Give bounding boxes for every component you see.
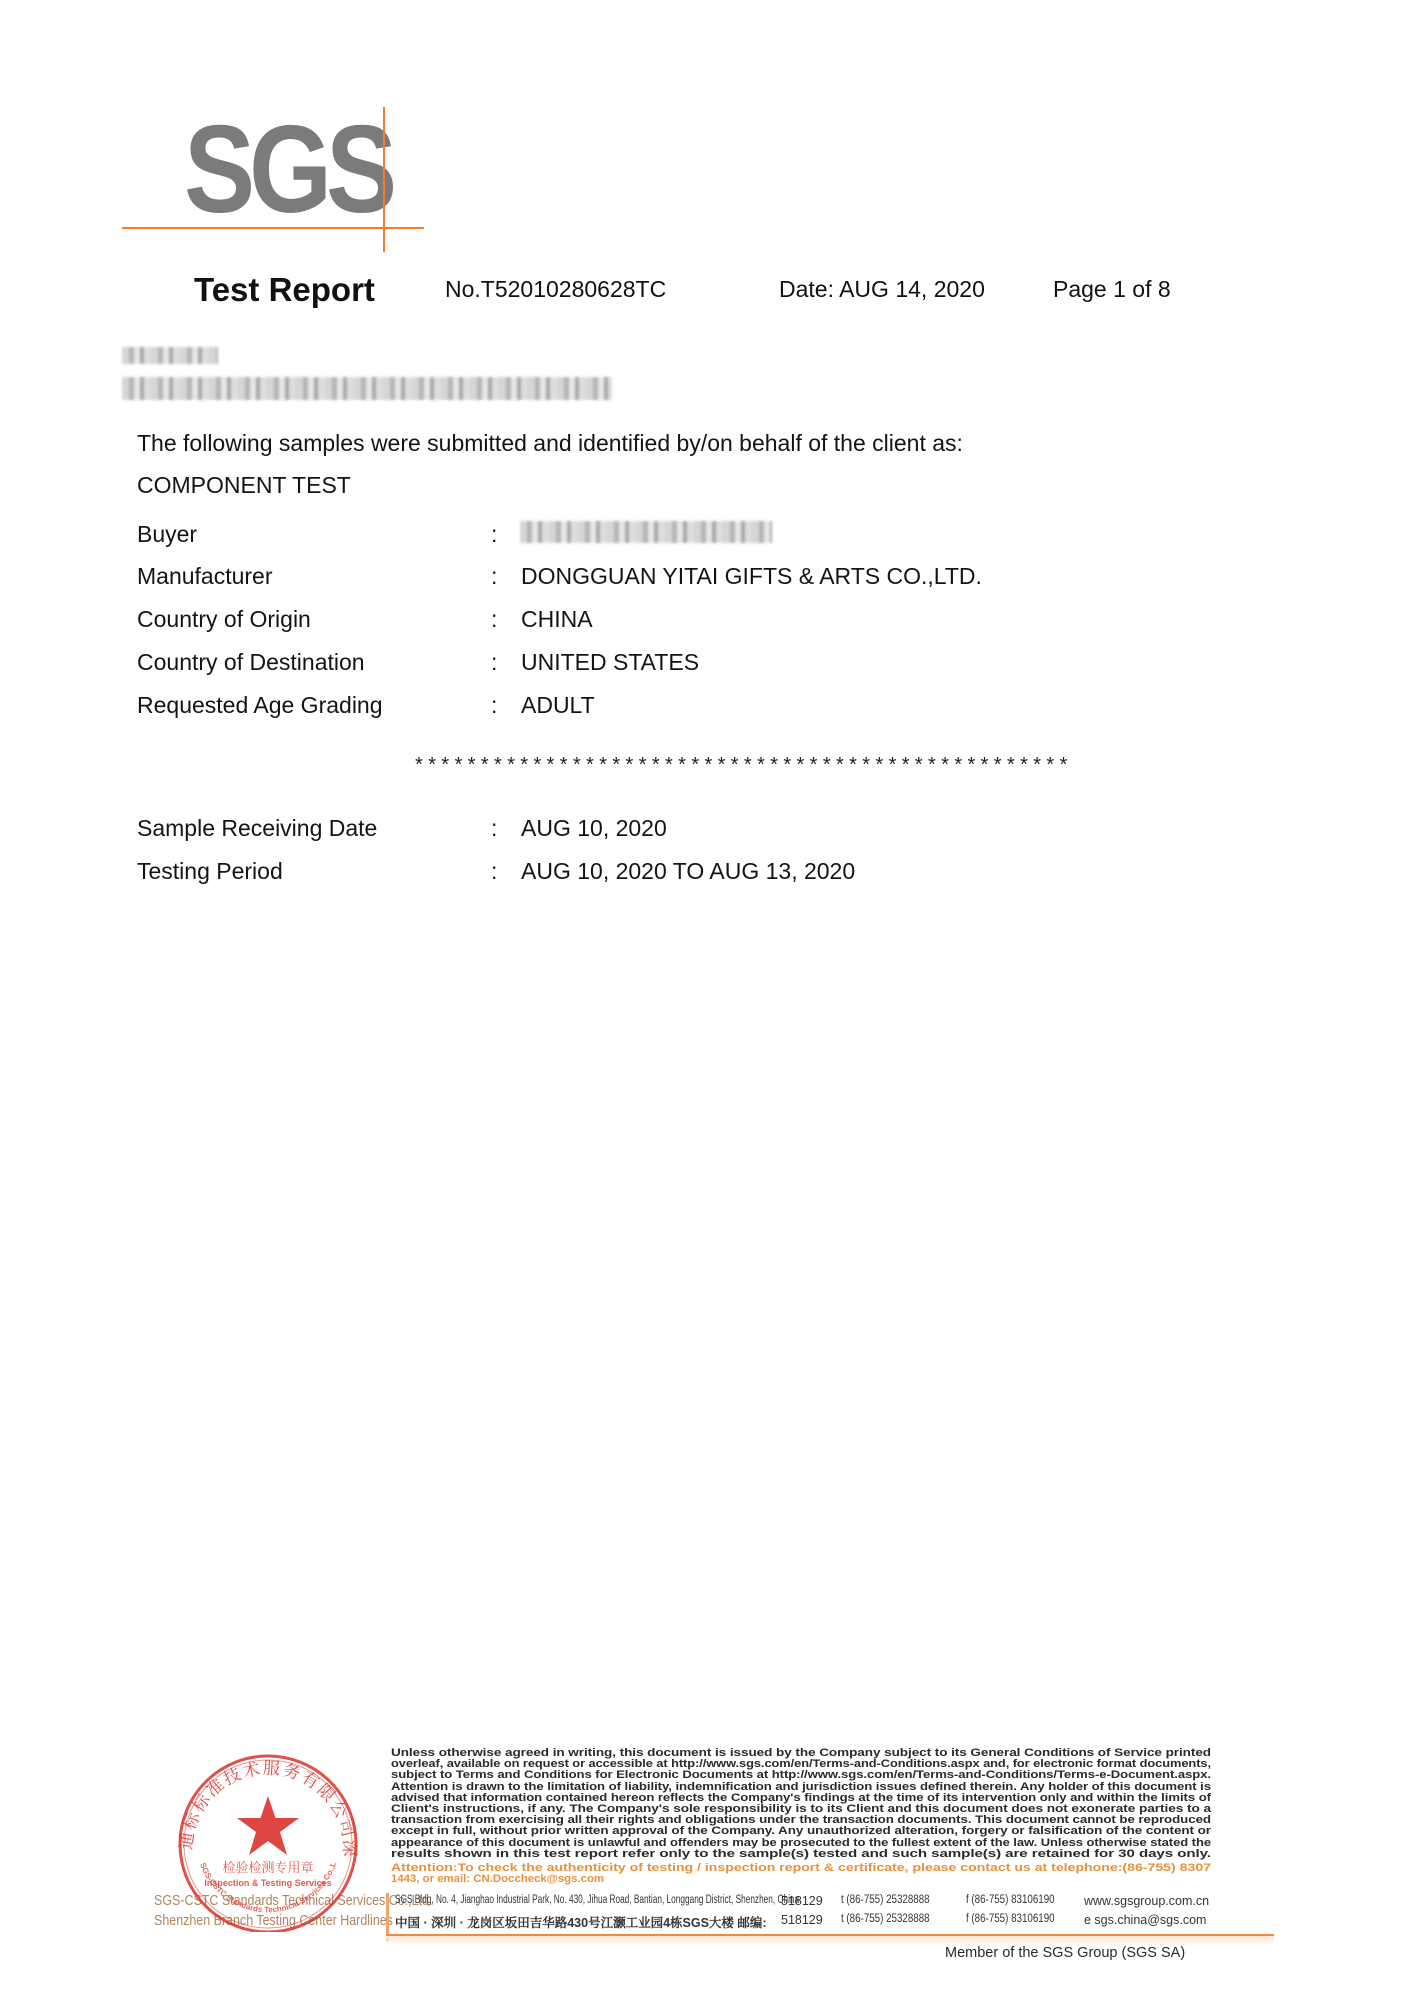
address-text: 中国 · 深圳 · 龙岗区坂田吉华路430号江灏工业园4栋SGS大楼 邮编: [395,1913,767,1931]
field-colon: : [491,563,497,590]
field-colon: : [491,606,497,633]
field-value: ADULT [521,692,595,719]
address-text: SGS Bldg, No. 4, Jianghao Industrial Par… [395,1894,799,1906]
field-value: UNITED STATES [521,649,699,676]
field-label: Country of Destination [137,649,365,676]
official-seal-icon: 通标标准技术服务有限公司深圳分公司 SGS-CSTC Standards Tec… [170,1752,365,1932]
attention-email-line[interactable]: 1443, or email: CN.Doccheck@sgs.com [391,1874,1211,1885]
footer-rule [386,1934,1274,1936]
field-age-grading: Requested Age Grading : ADULT [137,692,1237,722]
postal-code: 518129 [781,1894,823,1908]
redacted-buyer-value [520,521,772,543]
field-label: Sample Receiving Date [137,815,377,842]
postal-code: 518129 [781,1913,823,1927]
report-number: No.T52010280628TC [445,276,666,303]
field-label: Manufacturer [137,563,273,590]
logo-vertical-rule [383,107,385,252]
legal-disclaimer: Unless otherwise agreed in writing, this… [391,1748,1211,1860]
field-label: Testing Period [137,858,283,885]
field-colon: : [491,649,497,676]
field-colon: : [491,692,497,719]
attention-line: Attention:To check the authenticity of t… [391,1863,1211,1874]
field-value: AUG 10, 2020 [521,815,667,842]
field-label: Requested Age Grading [137,692,383,719]
field-label: Buyer [137,521,197,548]
field-value: AUG 10, 2020 TO AUG 13, 2020 [521,858,855,885]
sgs-group-member-text: Member of the SGS Group (SGS SA) [945,1945,1185,1961]
fax: f (86-755) 83106190 [966,1894,1055,1906]
field-country-of-origin: Country of Origin : CHINA [137,606,1237,636]
telephone: t (86-755) 25328888 [841,1894,930,1906]
sgs-logo-text: SGS [184,108,391,232]
sgs-logo: SGS [122,104,427,254]
field-manufacturer: Manufacturer : DONGGUAN YITAI GIFTS & AR… [137,563,1237,593]
sample-subject: COMPONENT TEST [137,472,351,499]
intro-text: The following samples were submitted and… [137,430,963,457]
authenticity-notice: Attention:To check the authenticity of t… [391,1863,1211,1885]
page-indicator: Page 1 of 8 [1053,276,1171,303]
field-label: Country of Origin [137,606,311,633]
telephone: t (86-755) 25328888 [841,1913,930,1925]
website-link[interactable]: www.sgsgroup.com.cn [1084,1894,1209,1908]
field-value: DONGGUAN YITAI GIFTS & ARTS CO.,LTD. [521,563,982,590]
report-title: Test Report [194,271,375,309]
redacted-client-address [122,377,612,400]
field-value: CHINA [521,606,593,633]
seal-center-en: Inspection & Testing Services [204,1878,331,1888]
asterisk-separator: ****************************************… [413,756,1071,779]
email-link[interactable]: e sgs.china@sgs.com [1084,1913,1206,1927]
report-date: Date: AUG 14, 2020 [779,276,985,303]
field-sample-receiving-date: Sample Receiving Date : AUG 10, 2020 [137,815,1237,845]
field-colon: : [491,815,497,842]
field-country-of-destination: Country of Destination : UNITED STATES [137,649,1237,679]
redacted-client-name [122,347,218,364]
seal-center-cn: 检验检测专用章 [222,1860,313,1876]
logo-horizontal-rule [122,227,424,229]
field-testing-period: Testing Period : AUG 10, 2020 TO AUG 13,… [137,858,1237,888]
fax: f (86-755) 83106190 [966,1913,1055,1925]
disclaimer-line: results shown in this test report refer … [391,1849,1211,1860]
field-colon: : [491,858,497,885]
field-colon: : [491,521,497,548]
